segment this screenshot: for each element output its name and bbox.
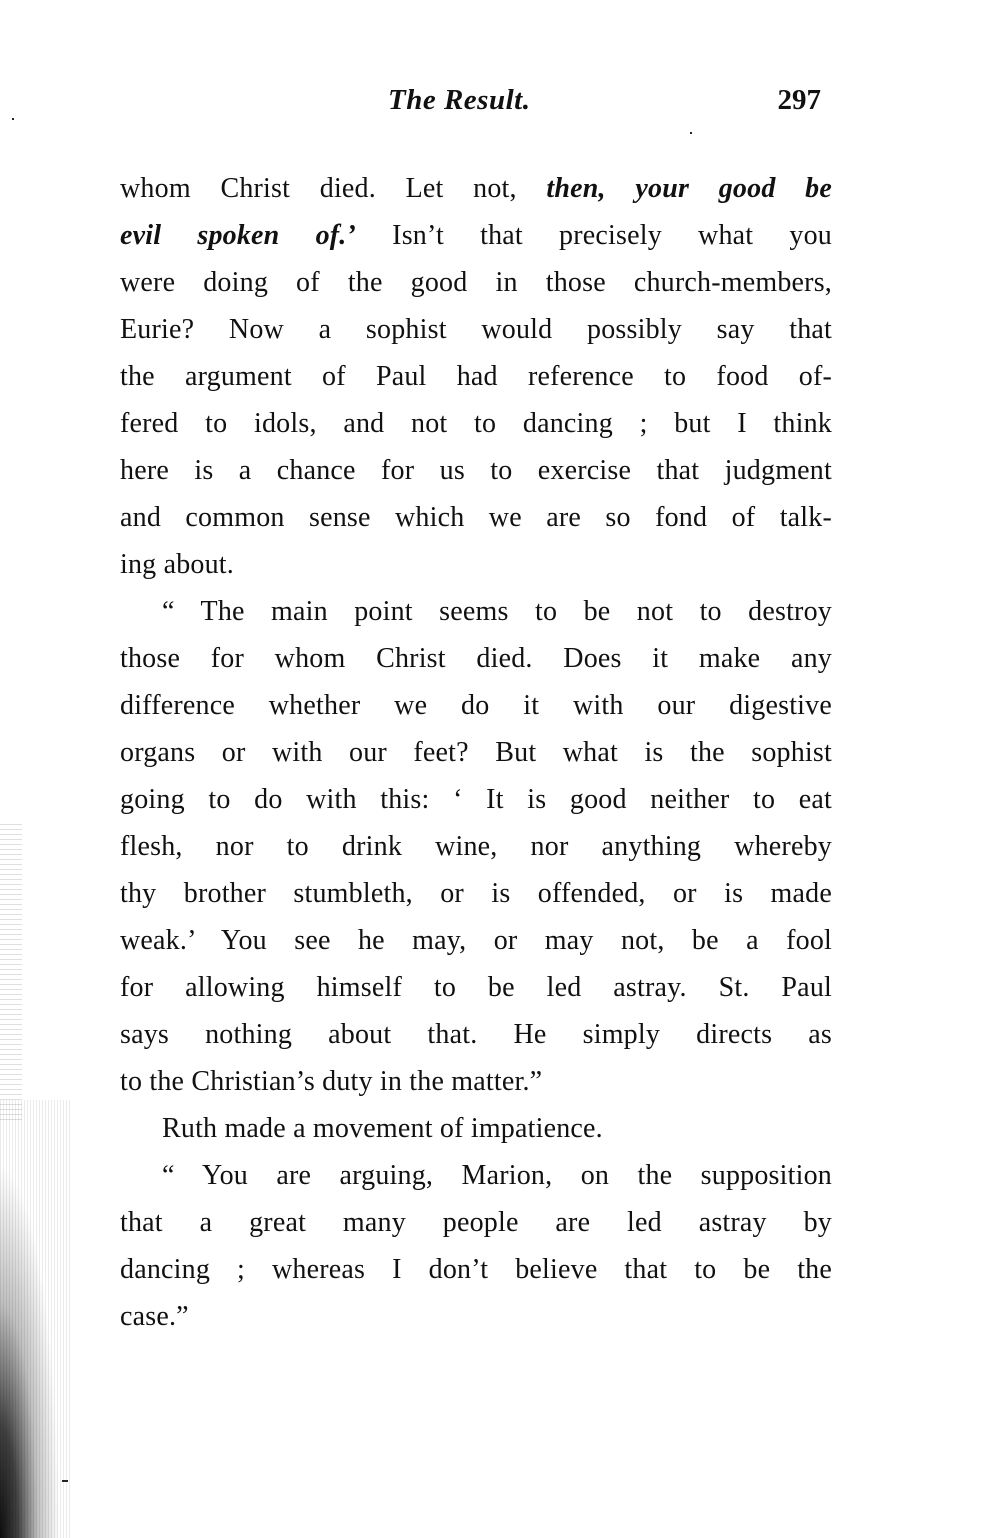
book-page: The Result. 297 whom Christ died. Let no… [0,0,1000,1538]
text-line: going to do with this: ‘ It is good neit… [120,776,832,823]
text-span: “ The main point seems to be not to dest… [162,596,832,627]
text-span: case.” [120,1301,189,1332]
text-span: the argument of Paul had reference to fo… [120,361,832,392]
text-line: that a great many people are led astray … [120,1199,832,1246]
text-line: case.” [120,1293,832,1340]
text-span: says nothing about that. He simply direc… [120,1019,832,1050]
text-line: dancing ; whereas I don’t believe that t… [120,1246,832,1293]
text-span: fered to idols, and not to dancing ; but… [120,408,832,439]
text-span: Eurie? Now a sophist would possibly say … [120,314,832,345]
text-line: here is a chance for us to exercise that… [120,447,832,494]
scan-edge-shadow [0,1100,70,1538]
italic-span: then, your good be [546,173,832,204]
text-line: Eurie? Now a sophist would possibly say … [120,306,832,353]
text-span: ing about. [120,549,234,580]
text-line: says nothing about that. He simply direc… [120,1011,832,1058]
running-title: The Result. [388,84,530,117]
text-line: “ The main point seems to be not to dest… [120,588,832,635]
text-span: thy brother stumbleth, or is offended, o… [120,878,832,909]
text-line: flesh, nor to drink wine, nor anything w… [120,823,832,870]
text-span: Isn’t that precisely what you [356,220,832,251]
text-span: whom Christ died. Let not, [120,173,546,204]
text-span: Ruth made a movement of impatience. [162,1113,603,1144]
text-line: evil spoken of.’ Isn’t that precisely wh… [120,212,832,259]
text-span: “ You are arguing, Marion, on the suppos… [162,1160,832,1191]
text-span: weak.’ You see he may, or may not, be a … [120,925,832,956]
text-line: and common sense which we are so fond of… [120,494,832,541]
text-line: thy brother stumbleth, or is offended, o… [120,870,832,917]
text-span: here is a chance for us to exercise that… [120,455,832,486]
text-span: and common sense which we are so fond of… [120,502,832,533]
text-span: to the Christian’s duty in the matter.” [120,1066,542,1097]
text-line: fered to idols, and not to dancing ; but… [120,400,832,447]
text-span: flesh, nor to drink wine, nor anything w… [120,831,832,862]
italic-span: evil spoken of.’ [120,220,356,251]
text-line: Ruth made a movement of impatience. [120,1105,832,1152]
text-span: that a great many people are led astray … [120,1207,832,1238]
text-line: the argument of Paul had reference to fo… [120,353,832,400]
text-line: for allowing himself to be led astray. S… [120,964,832,1011]
body-text: whom Christ died. Let not, then, your go… [120,165,832,1340]
page-number: 297 [778,84,822,117]
text-span: those for whom Christ died. Does it make… [120,643,832,674]
scan-dust [62,1480,68,1482]
text-span: difference whether we do it with our dig… [120,690,832,721]
text-line: were doing of the good in those church-m… [120,259,832,306]
scan-dust [12,118,14,120]
scan-dust [690,132,692,134]
text-span: going to do with this: ‘ It is good neit… [120,784,832,815]
text-line: ing about. [120,541,832,588]
text-line: to the Christian’s duty in the matter.” [120,1058,832,1105]
text-span: for allowing himself to be led astray. S… [120,972,832,1003]
text-span: were doing of the good in those church-m… [120,267,832,298]
scan-edge-speckle [0,820,22,1120]
text-line: those for whom Christ died. Does it make… [120,635,832,682]
text-line: “ You are arguing, Marion, on the suppos… [120,1152,832,1199]
running-head: The Result. 297 [385,84,825,124]
text-span: organs or with our feet? But what is the… [120,737,832,768]
text-line: difference whether we do it with our dig… [120,682,832,729]
text-line: whom Christ died. Let not, then, your go… [120,165,832,212]
text-line: organs or with our feet? But what is the… [120,729,832,776]
text-line: weak.’ You see he may, or may not, be a … [120,917,832,964]
text-span: dancing ; whereas I don’t believe that t… [120,1254,832,1285]
